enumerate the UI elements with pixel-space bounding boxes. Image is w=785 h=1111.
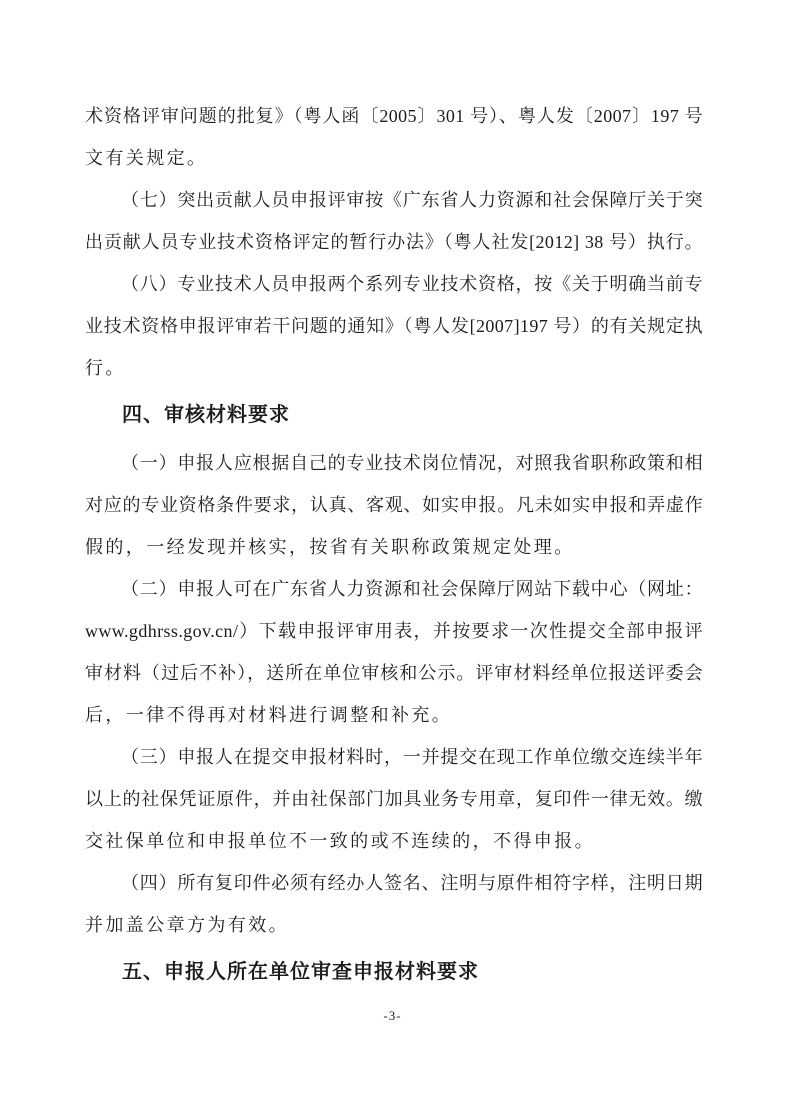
body-line: 对应的专业资格条件要求，认真、客观、如实申报。凡未如实申报和弄虚作 — [85, 484, 703, 526]
body-line: 行。 — [85, 347, 703, 389]
body-line-item-2: （二）申报人可在广东省人力资源和社会保障厅网站下载中心（网址： — [85, 568, 703, 610]
section-heading-4: 四、审核材料要求 — [85, 394, 703, 436]
body-line: 术资格评审问题的批复》（粤人函〔2005〕301 号）、粤人发〔2007〕197… — [85, 95, 703, 137]
body-line: 以上的社保凭证原件，并由社保部门加具业务专用章，复印件一律无效。缴 — [85, 778, 703, 820]
body-line: 并加盖公章方为有效。 — [85, 904, 703, 946]
body-line: 审材料（过后不补），送所在单位审核和公示。评审材料经单位报送评委会 — [85, 652, 703, 694]
body-line: 文有关规定。 — [85, 137, 703, 179]
body-line: 假的，一经发现并核实，按省有关职称政策规定处理。 — [85, 526, 703, 568]
body-line-item-8: （八）专业技术人员申报两个系列专业技术资格，按《关于明确当前专 — [85, 263, 703, 305]
body-line-item-7: （七）突出贡献人员申报评审按《广东省人力资源和社会保障厅关于突 — [85, 179, 703, 221]
body-line: 业技术资格申报评审若干问题的通知》（粤人发[2007]197 号）的有关规定执 — [85, 305, 703, 347]
body-line: 出贡献人员专业技术资格评定的暂行办法》（粤人社发[2012] 38 号）执行。 — [85, 221, 703, 263]
body-line: www.gdhrss.gov.cn/）下载申报评审用表，并按要求一次性提交全部申… — [85, 610, 703, 652]
body-line-item-4: （四）所有复印件必须有经办人签名、注明与原件相符字样，注明日期 — [85, 862, 703, 904]
body-line: 交社保单位和申报单位不一致的或不连续的，不得申报。 — [85, 820, 703, 862]
body-line-item-3: （三）申报人在提交申报材料时，一并提交在现工作单位缴交连续半年 — [85, 736, 703, 778]
document-body: 术资格评审问题的批复》（粤人函〔2005〕301 号）、粤人发〔2007〕197… — [85, 95, 703, 999]
page-number: -3- — [0, 1008, 785, 1024]
body-line-item-1: （一）申报人应根据自己的专业技术岗位情况，对照我省职称政策和相 — [85, 442, 703, 484]
body-line: 后，一律不得再对材料进行调整和补充。 — [85, 694, 703, 736]
section-heading-5: 五、申报人所在单位审查申报材料要求 — [85, 951, 703, 993]
document-page: 术资格评审问题的批复》（粤人函〔2005〕301 号）、粤人发〔2007〕197… — [0, 0, 785, 1111]
